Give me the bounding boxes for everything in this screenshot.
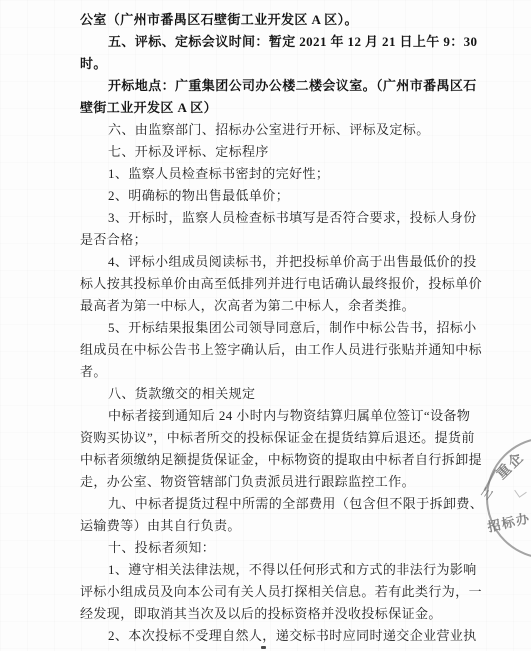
document-line: 运输费等）由其自行负责。 [80, 515, 460, 537]
stamp-circle-border [486, 437, 531, 559]
document-line: 开标地点：广重集团公司办公楼二楼会议室。（广州市番禺区石 [80, 75, 460, 97]
document-line: 八、货款缴交的相关规定 [80, 383, 460, 405]
document-text-block: 公室（广州市番禺区石壁街工业开发区 A 区）。五、评标、定标会议时间：暂定 20… [80, 9, 460, 647]
document-line: 3、开标时，监察人员检查标书填写是否符合要求，投标人身份 [80, 207, 460, 229]
document-line: 1、监察人员检查标书密封的完好性； [80, 163, 460, 185]
document-line: 壁街工业开发区 A 区） [80, 97, 460, 119]
document-line: 2、本次投标不受理自然人，递交标书时应同时递交企业营业执 [80, 625, 460, 647]
document-line: 4、评标小组成员阅读标书，并把投标单价高于出售最低价的投 [80, 251, 460, 273]
document-line: 5、开标结果报集团公司领导同意后，制作中标公告书，招标小 [80, 317, 460, 339]
document-line: 五、评标、定标会议时间：暂定 2021 年 12 月 21 日上午 9：30 [80, 31, 460, 53]
document-line: 六、由监察部门、招标办公室进行开标、评标及定标。 [80, 119, 460, 141]
document-line: 十、投标者须知： [80, 537, 460, 559]
document-line: 中标者接到通知后 24 小时内与物资结算归属单位签订“设备物 [80, 405, 460, 427]
page-number-fragment [261, 646, 266, 649]
document-line: 最高者为第一中标人，次高者为第二中标人，余者类推。 [80, 295, 460, 317]
document-line: 九、中标者提货过程中所需的全部费用（包含但不限于拆卸费、 [80, 493, 460, 515]
stamp-slash-mark [483, 469, 496, 491]
stamp-bottom-text: 招标办 [485, 507, 531, 535]
document-line: 2、明确标的物出售最低单价； [80, 185, 460, 207]
document-line: 七、开标及评标、定标程序 [80, 141, 460, 163]
document-line: 1、遵守相关法律法规，不得以任何形式和方式的非法行为影响 [80, 559, 460, 581]
scanned-document-page: 公室（广州市番禺区石壁街工业开发区 A 区）。五、评标、定标会议时间：暂定 20… [0, 0, 531, 651]
document-line: 者。 [80, 361, 460, 383]
document-line: 组成员在中标公告书上签字确认后，由工作人员进行张贴并通知中标 [80, 339, 460, 361]
document-line: 资购买协议”，中标者所交的投标保证金在提货结算后退还。提货前 [80, 427, 460, 449]
document-line: 公室（广州市番禺区石壁街工业开发区 A 区）。 [80, 9, 460, 31]
document-line: 时。 [80, 53, 460, 75]
document-line: 走，办公室、物资管辖部门负责派员进行跟踪监控工作。 [80, 471, 460, 493]
document-line: 是否合格； [80, 229, 460, 251]
stamp-top-text: 重企 [492, 447, 529, 484]
document-line: 标人按其投标单价由高至低排列并进行电话确认最终报价，投标单价 [80, 273, 460, 295]
document-line: 中标者须缴纳足额提货保证金，中标物资的提取由中标者自行拆卸提 [80, 449, 460, 471]
document-line: 评标小组成员及向本公司有关人员打探相关信息。若有此类行为，一 [80, 581, 460, 603]
stamp-center-mark [514, 485, 527, 498]
document-line: 经发现，即取消其当次及以后的投标资格并没收投标保证金。 [80, 603, 460, 625]
